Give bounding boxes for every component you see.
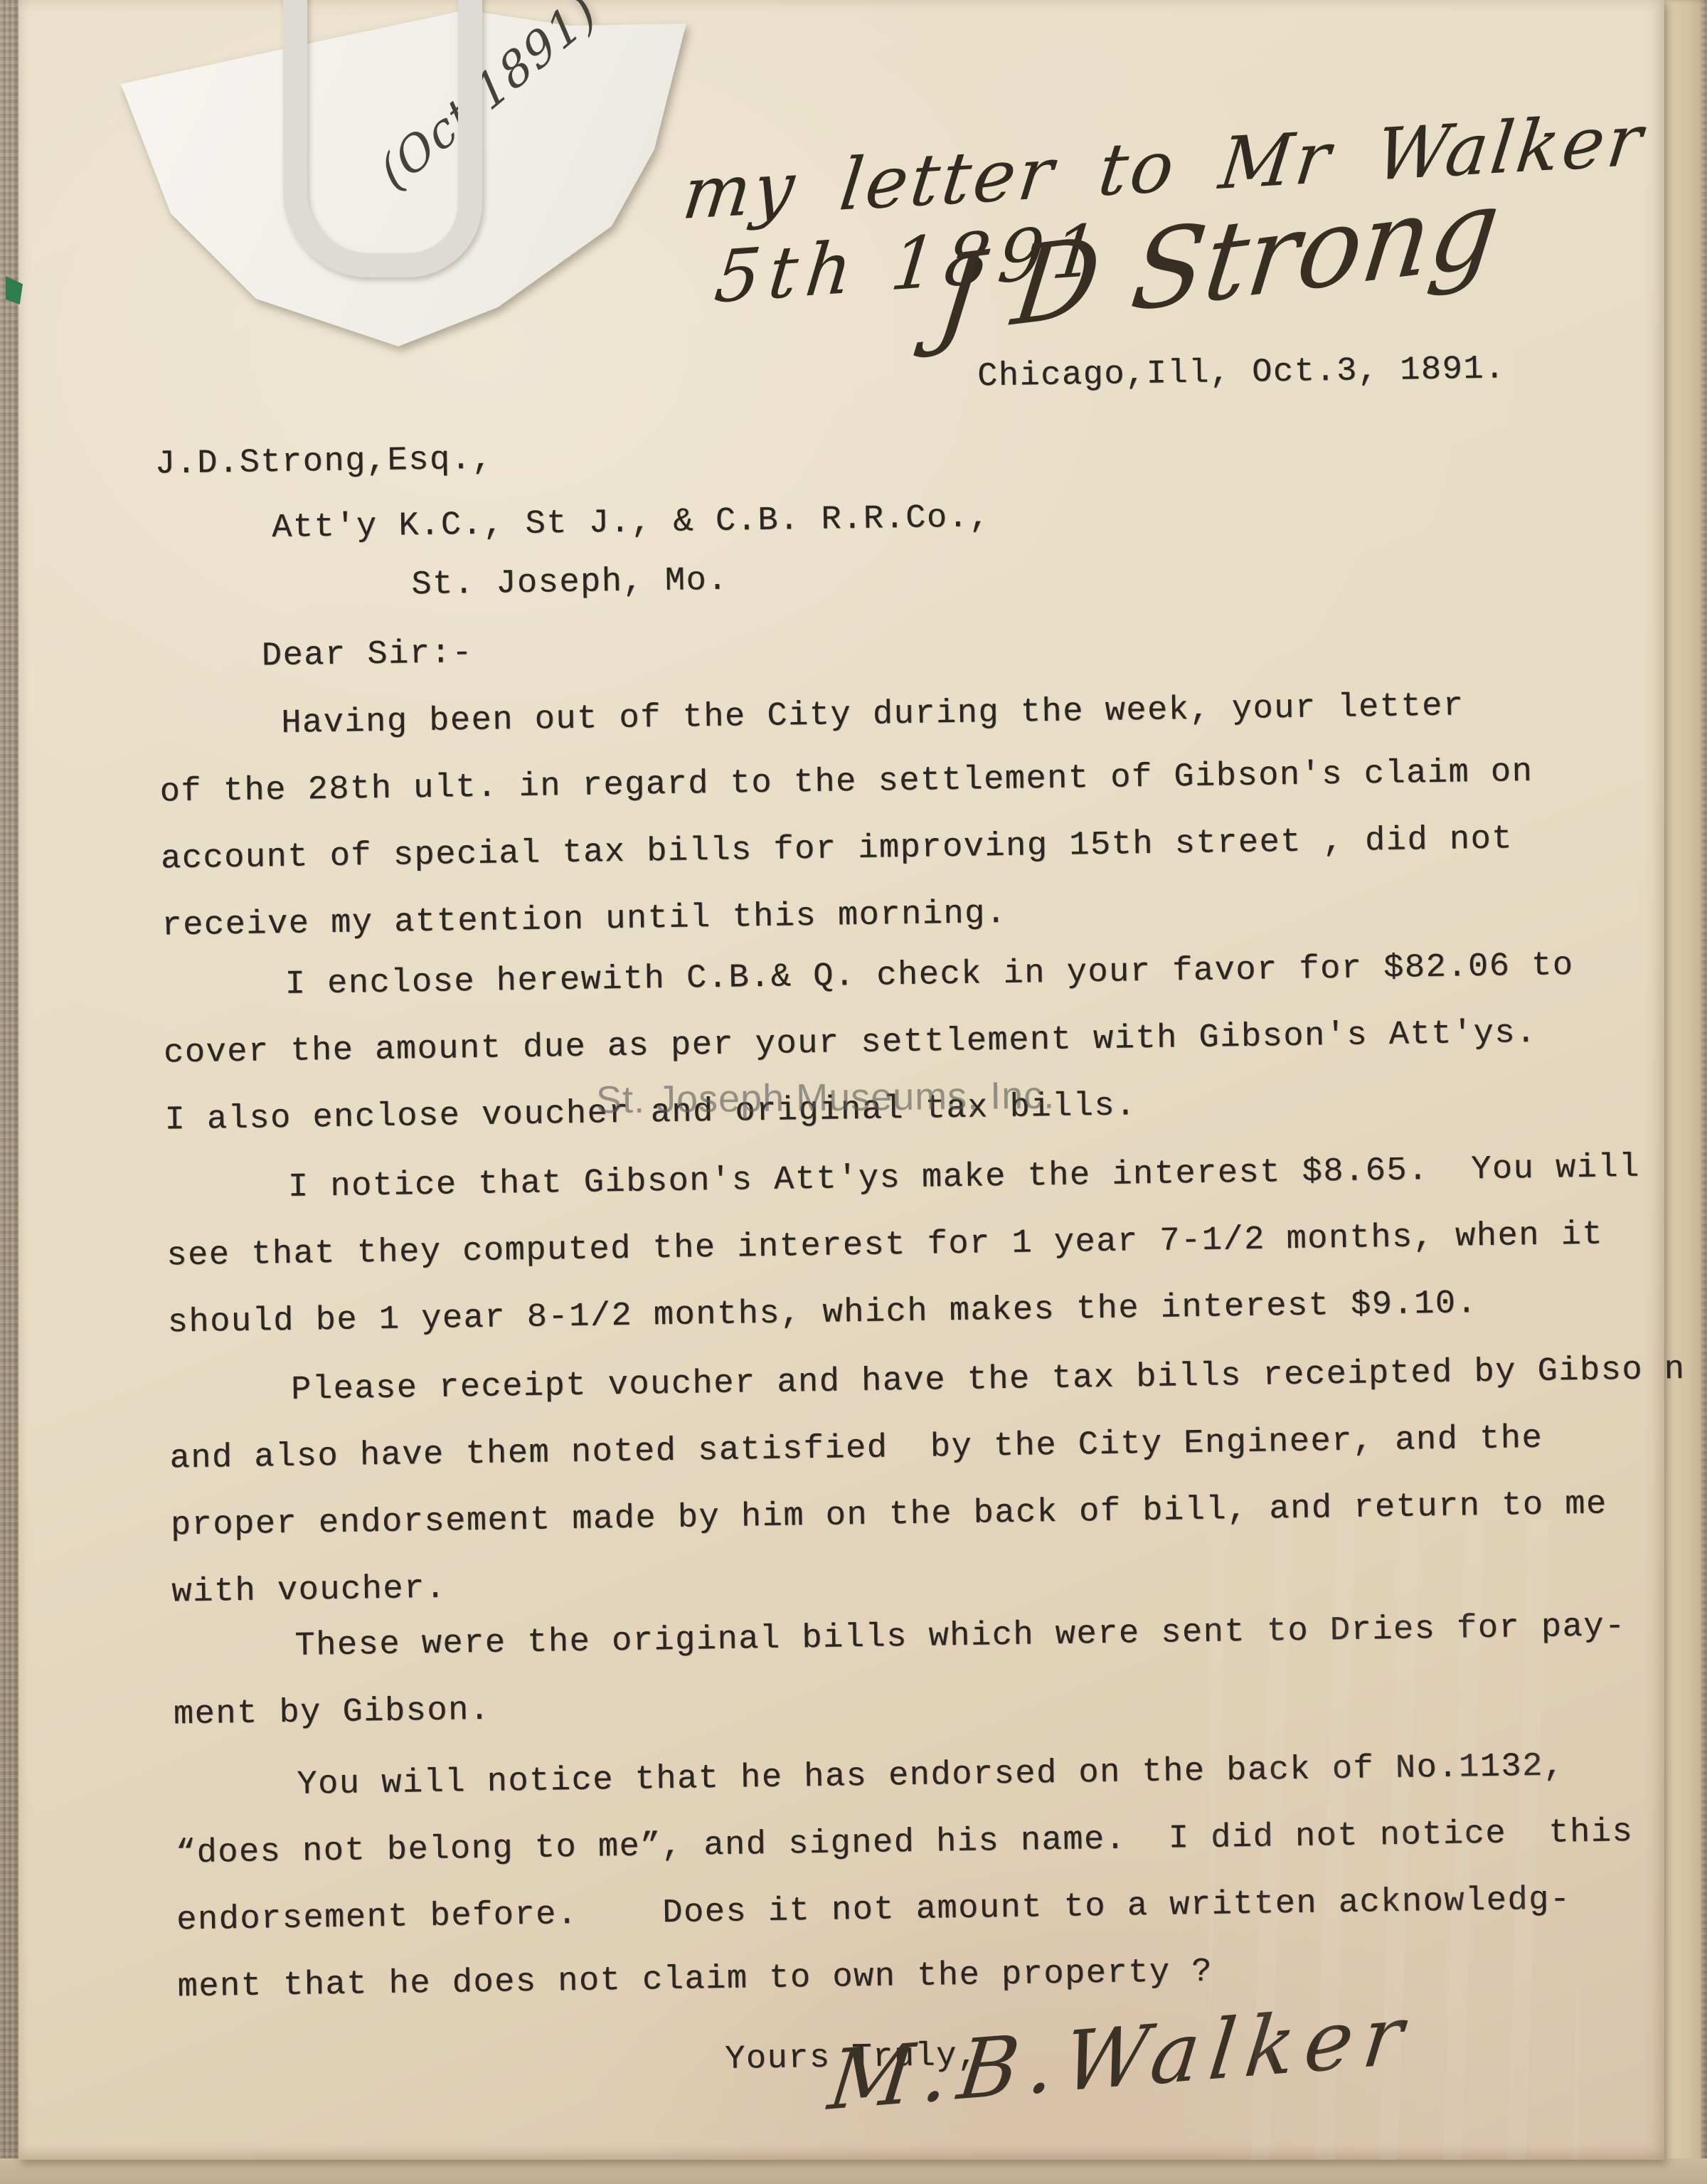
paragraph-2: I enclose herewith C.B.& Q. check in you… xyxy=(162,931,1673,1154)
paragraph-6: You will notice that he has endorsed on … xyxy=(174,1732,1686,2021)
paragraph-4: Please receipt voucher and have the tax … xyxy=(168,1337,1679,1626)
paper-clip xyxy=(283,0,482,277)
paragraph-1: Having been out of the City during the w… xyxy=(159,670,1670,960)
recipient-city: St. Joseph, Mo. xyxy=(411,548,729,620)
recipient-name: J.D.Strong,Esq., xyxy=(154,427,494,499)
paragraph-5: These were the original bills which were… xyxy=(172,1593,1682,1749)
photo-of-letter: Chicago,Ill, Oct.3, 1891. J.D.Strong,Esq… xyxy=(0,0,1707,2184)
dateline: Chicago,Ill, Oct.3, 1891. xyxy=(977,336,1506,410)
museum-watermark: St. Joseph Museums, Inc. xyxy=(596,1074,1055,1123)
salutation: Dear Sir:- xyxy=(261,620,473,690)
paragraph-3: I notice that Gibson's Att'ys make the i… xyxy=(165,1134,1676,1357)
